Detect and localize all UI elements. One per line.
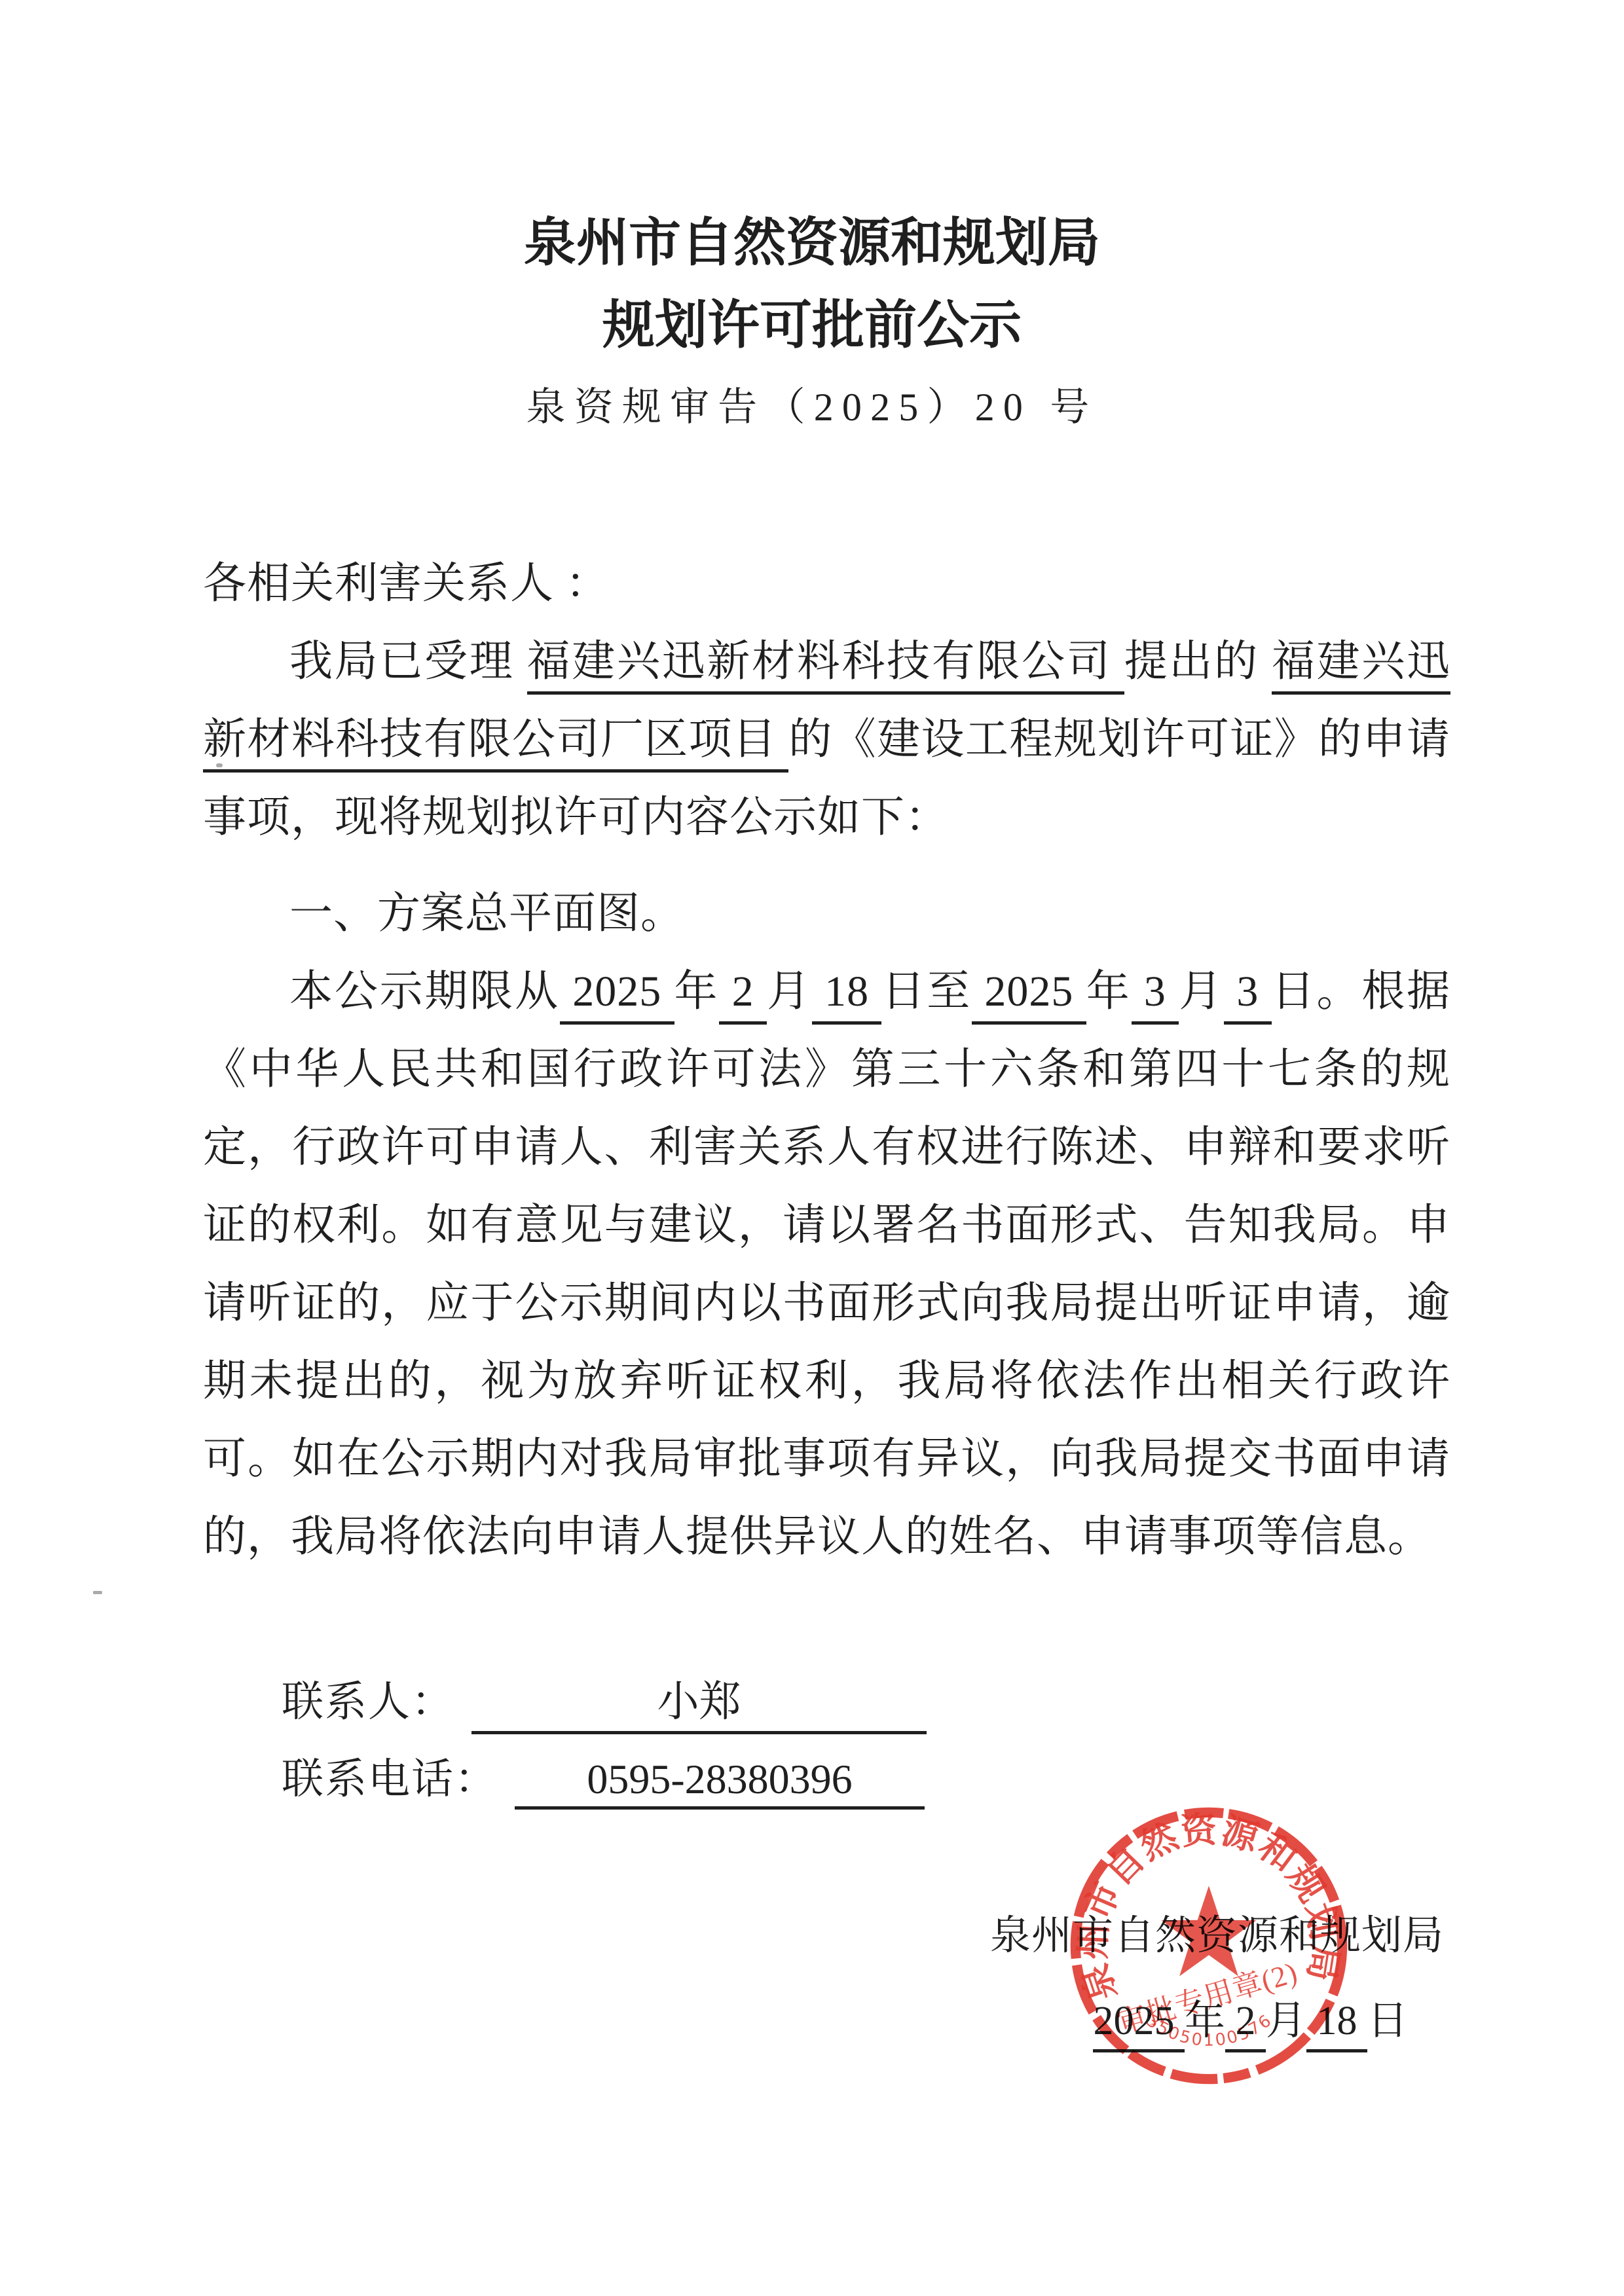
paragraph-item-one: 一、方案总平面图。 — [203, 875, 1450, 953]
text-run: 日 — [1367, 1999, 1408, 2043]
underlined-text: 2025 — [560, 968, 674, 1025]
scan-artifact — [93, 1591, 102, 1594]
document-body: 各相关利害关系人 ： 我局已受理 福建兴迅新材料科技有限公司 提出的 福建兴迅新… — [203, 545, 1450, 1576]
underlined-text: 2 — [719, 968, 767, 1025]
text-run: 年 — [674, 968, 720, 1015]
text-run: 日至 — [881, 968, 972, 1015]
signature-org: 泉州市自然资源和规划局 — [990, 1903, 1444, 1961]
underlined-text: 3 — [1224, 968, 1272, 1025]
underlined-text: 2 — [1225, 1999, 1266, 2052]
paragraph-notice-period: 本公示期限从 2025 年 2 月 18 日至 2025 年 3 月 3 日。根… — [203, 953, 1450, 1576]
contact-person-row: 联系人：小郑 — [282, 1668, 927, 1734]
text-run: 我局已受理 — [289, 638, 527, 685]
text-run: 年 — [1185, 1999, 1225, 2043]
signature-date: 2025 年 2 月 18 日 — [1093, 1988, 1408, 2046]
scan-artifact — [216, 763, 223, 767]
contact-phone-row: 联系电话：0595-28380396 — [282, 1745, 925, 1810]
text-run: 月 — [1179, 968, 1224, 1015]
contact-person-value: 小郑 — [471, 1668, 927, 1734]
underlined-text: 3 — [1132, 968, 1179, 1025]
underlined-text: 18 — [1306, 1999, 1367, 2052]
text-run: 月 — [1266, 1999, 1306, 2043]
text-run: 日。根据《中华人民共和国行政许可法》第三十六条和第四十七条的规定，行政许可申请人… — [203, 968, 1450, 1561]
text-run: 月 — [767, 968, 812, 1015]
underlined-text: 2025 — [1093, 1999, 1185, 2052]
contact-phone-value: 0595-28380396 — [515, 1755, 925, 1810]
text-run: 提出的 — [1124, 638, 1272, 685]
salutation: 各相关利害关系人 ： — [203, 545, 1450, 623]
underlined-text: 2025 — [972, 968, 1086, 1025]
text-run: 本公示期限从 — [289, 968, 560, 1015]
underlined-text: 18 — [812, 968, 882, 1025]
text-run: 年 — [1086, 968, 1132, 1015]
document-page: 泉州市自然资源和规划局 规划许可批前公示 泉资规审告（2025）20 号 各相关… — [0, 0, 1624, 2296]
underlined-text: 福建兴迅新材料科技有限公司 — [527, 638, 1124, 695]
text-run: 一、方案总平面图。 — [289, 890, 684, 938]
contact-person-label: 联系人： — [282, 1679, 454, 1725]
document-number: 泉资规审告（2025）20 号 — [0, 388, 1624, 427]
document-title-line1: 泉州市自然资源和规划局 — [0, 217, 1624, 270]
contact-phone-label: 联系电话： — [282, 1756, 498, 1802]
document-title-line2: 规划许可批前公示 — [0, 300, 1624, 352]
paragraph-acceptance: 我局已受理 福建兴迅新材料科技有限公司 提出的 福建兴迅新材料科技有限公司厂区项… — [203, 623, 1450, 856]
